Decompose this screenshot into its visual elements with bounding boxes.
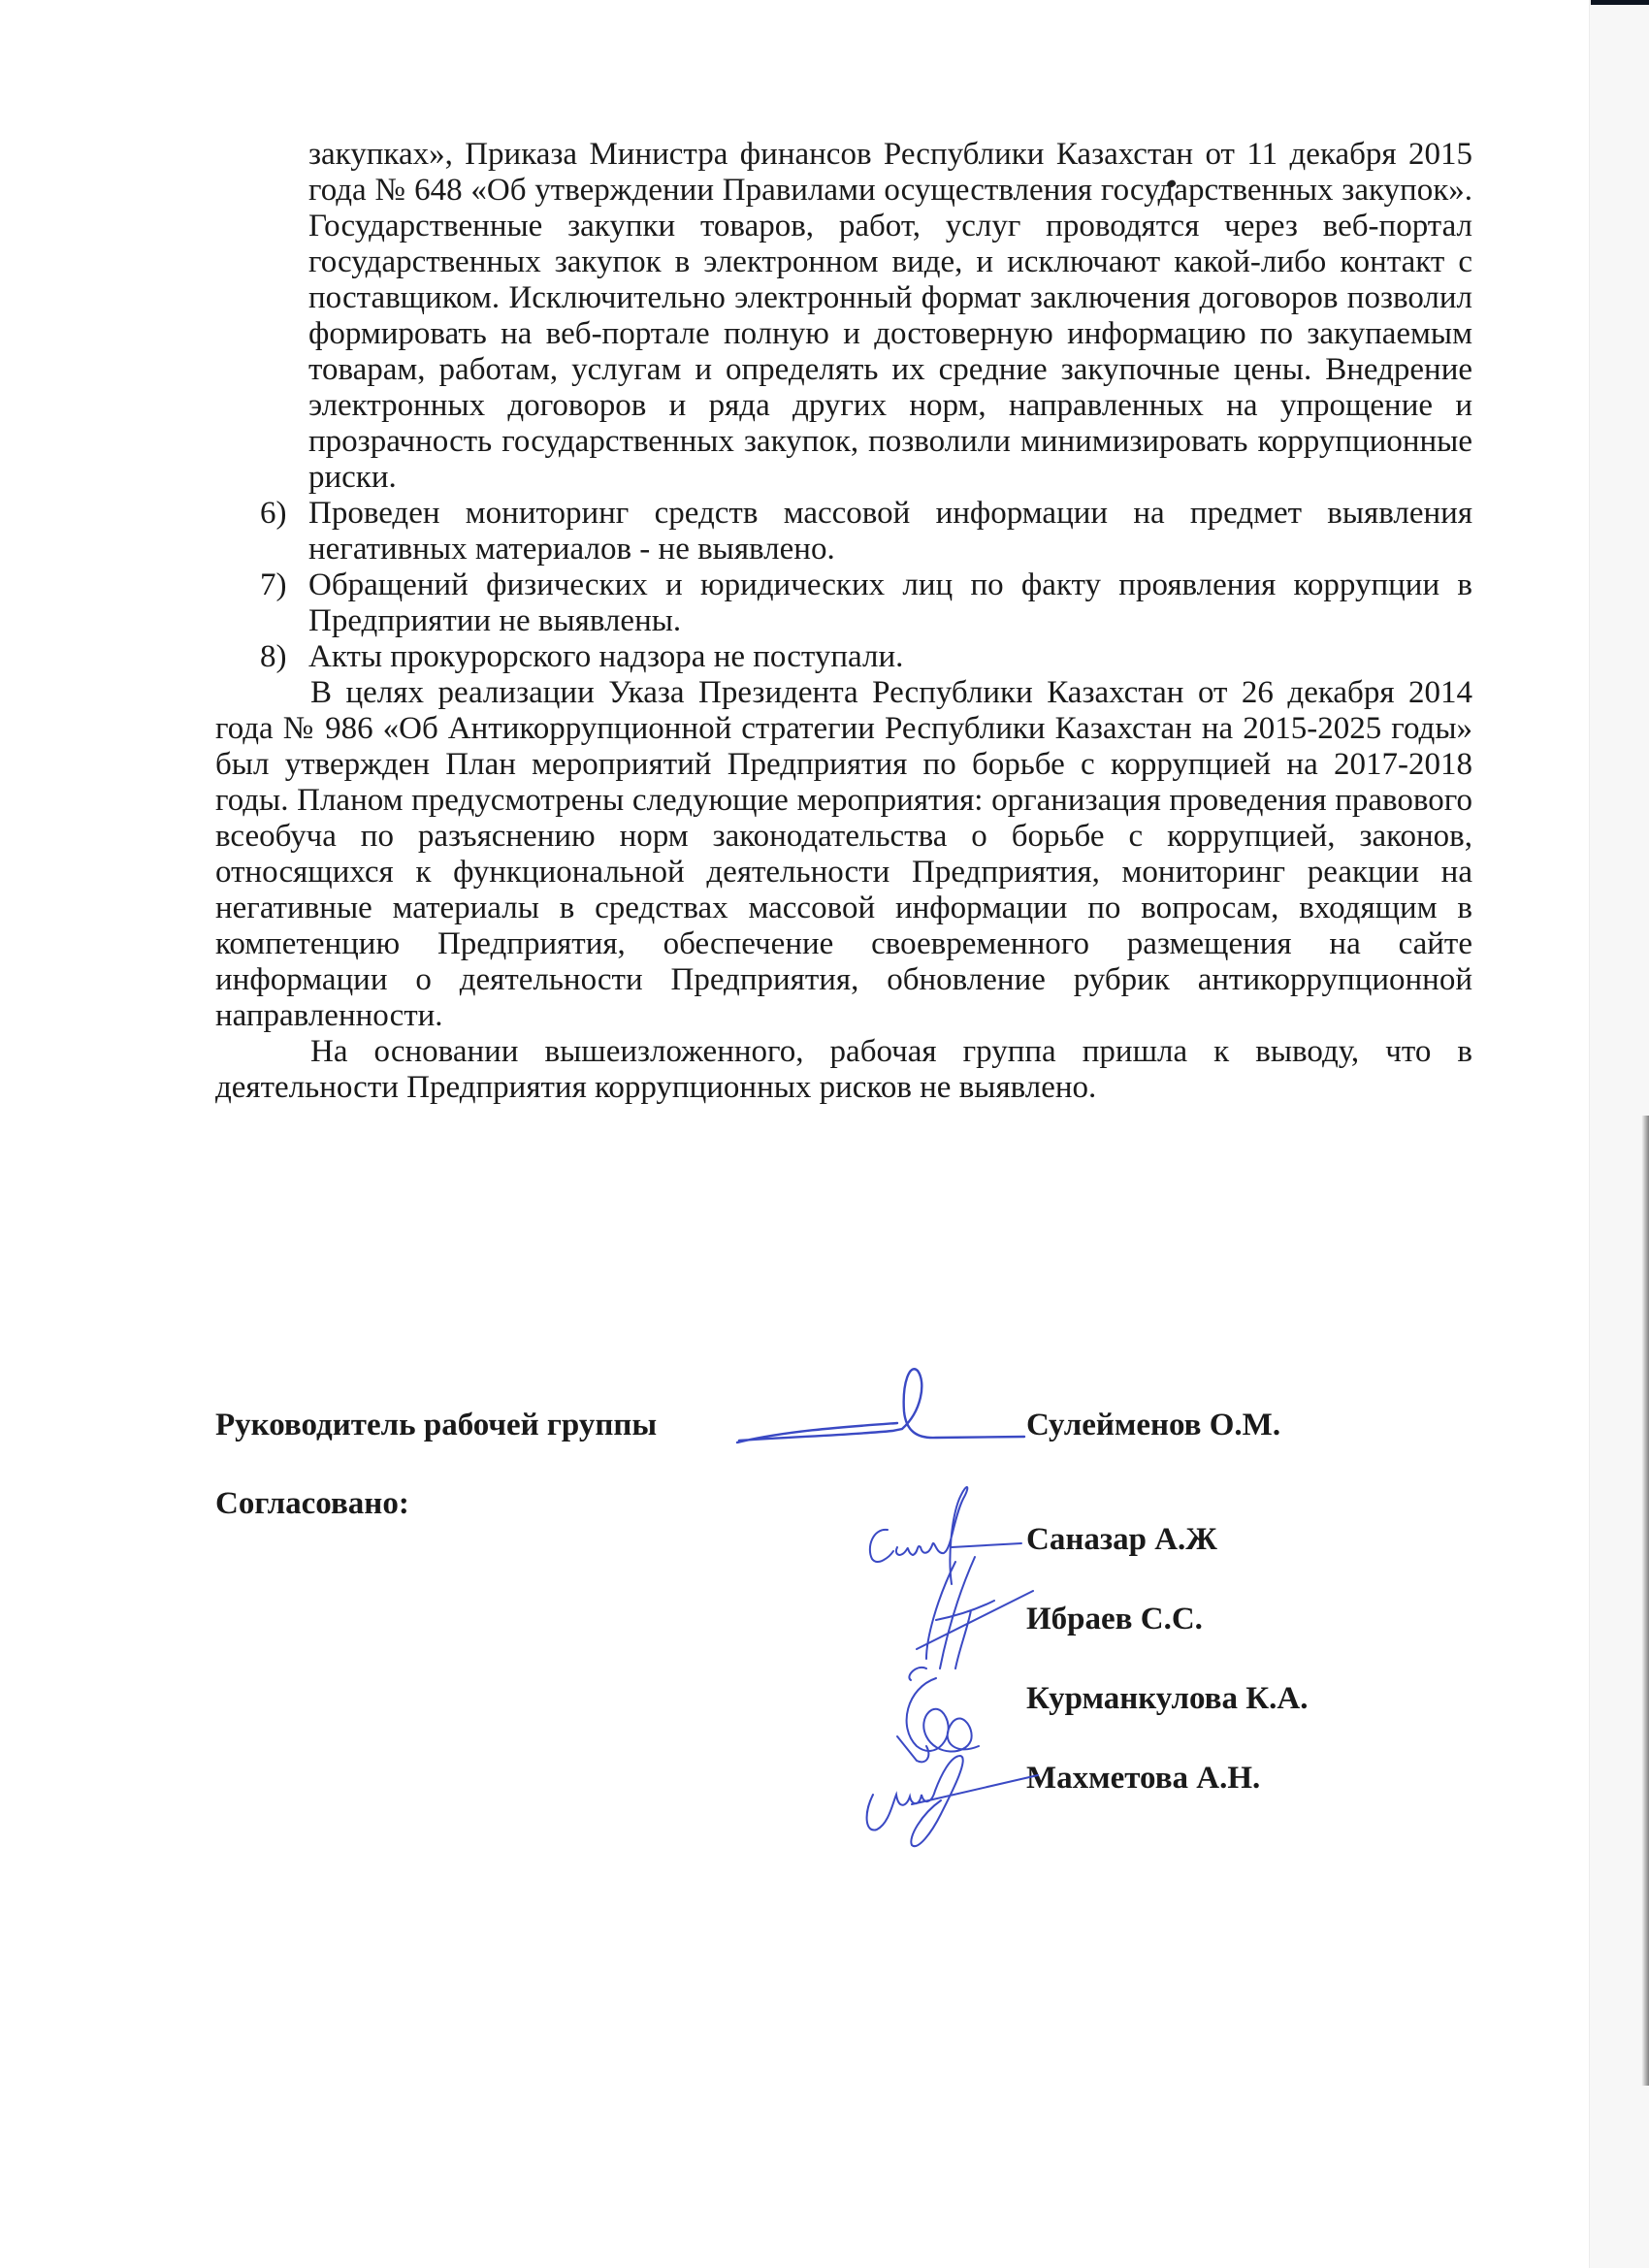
signature-member-4 bbox=[854, 1736, 1048, 1853]
signature-member-2 bbox=[897, 1552, 1052, 1688]
list-item: 6) Проведен мониторинг средств массовой … bbox=[215, 496, 1472, 567]
head-of-group-label: Руководитель рабочей группы bbox=[215, 1408, 657, 1443]
member-name: Саназар А.Ж bbox=[1026, 1522, 1217, 1558]
agreed-label: Согласовано: bbox=[215, 1486, 409, 1522]
signature-head bbox=[727, 1363, 1038, 1450]
list-item: 7) Обращений физических и юридических ли… bbox=[215, 567, 1472, 639]
scan-border bbox=[1591, 0, 1649, 5]
list-item: 8) Акты прокурорского надзора не поступа… bbox=[215, 639, 1472, 675]
scan-page-edge bbox=[1589, 0, 1649, 2268]
conclusion-paragraph: На основании вышеизложенного, рабочая гр… bbox=[215, 1034, 1472, 1106]
numbered-list: 6) Проведен мониторинг средств массовой … bbox=[215, 496, 1472, 675]
list-item-text: Проведен мониторинг средств массовой инф… bbox=[308, 496, 1472, 567]
member-name: Курманкулова К.А. bbox=[1026, 1681, 1308, 1717]
member-name: Ибраев С.С. bbox=[1026, 1602, 1203, 1637]
continuation-paragraph: закупках», Приказа Министра финансов Рес… bbox=[308, 137, 1472, 496]
list-number: 8) bbox=[260, 639, 287, 675]
head-of-group-name: Сулейменов О.М. bbox=[1026, 1408, 1280, 1443]
list-number: 6) bbox=[260, 496, 287, 532]
scan-shadow bbox=[1641, 1116, 1649, 2086]
list-number: 7) bbox=[260, 567, 287, 603]
list-item-text: Акты прокурорского надзора не поступали. bbox=[308, 639, 903, 674]
list-item-text: Обращений физических и юридических лиц п… bbox=[308, 567, 1472, 638]
document-body: закупках», Приказа Министра финансов Рес… bbox=[215, 137, 1472, 1106]
member-name: Махметова А.Н. bbox=[1026, 1761, 1260, 1797]
body-paragraph: В целях реализации Указа Президента Респ… bbox=[215, 675, 1472, 1034]
